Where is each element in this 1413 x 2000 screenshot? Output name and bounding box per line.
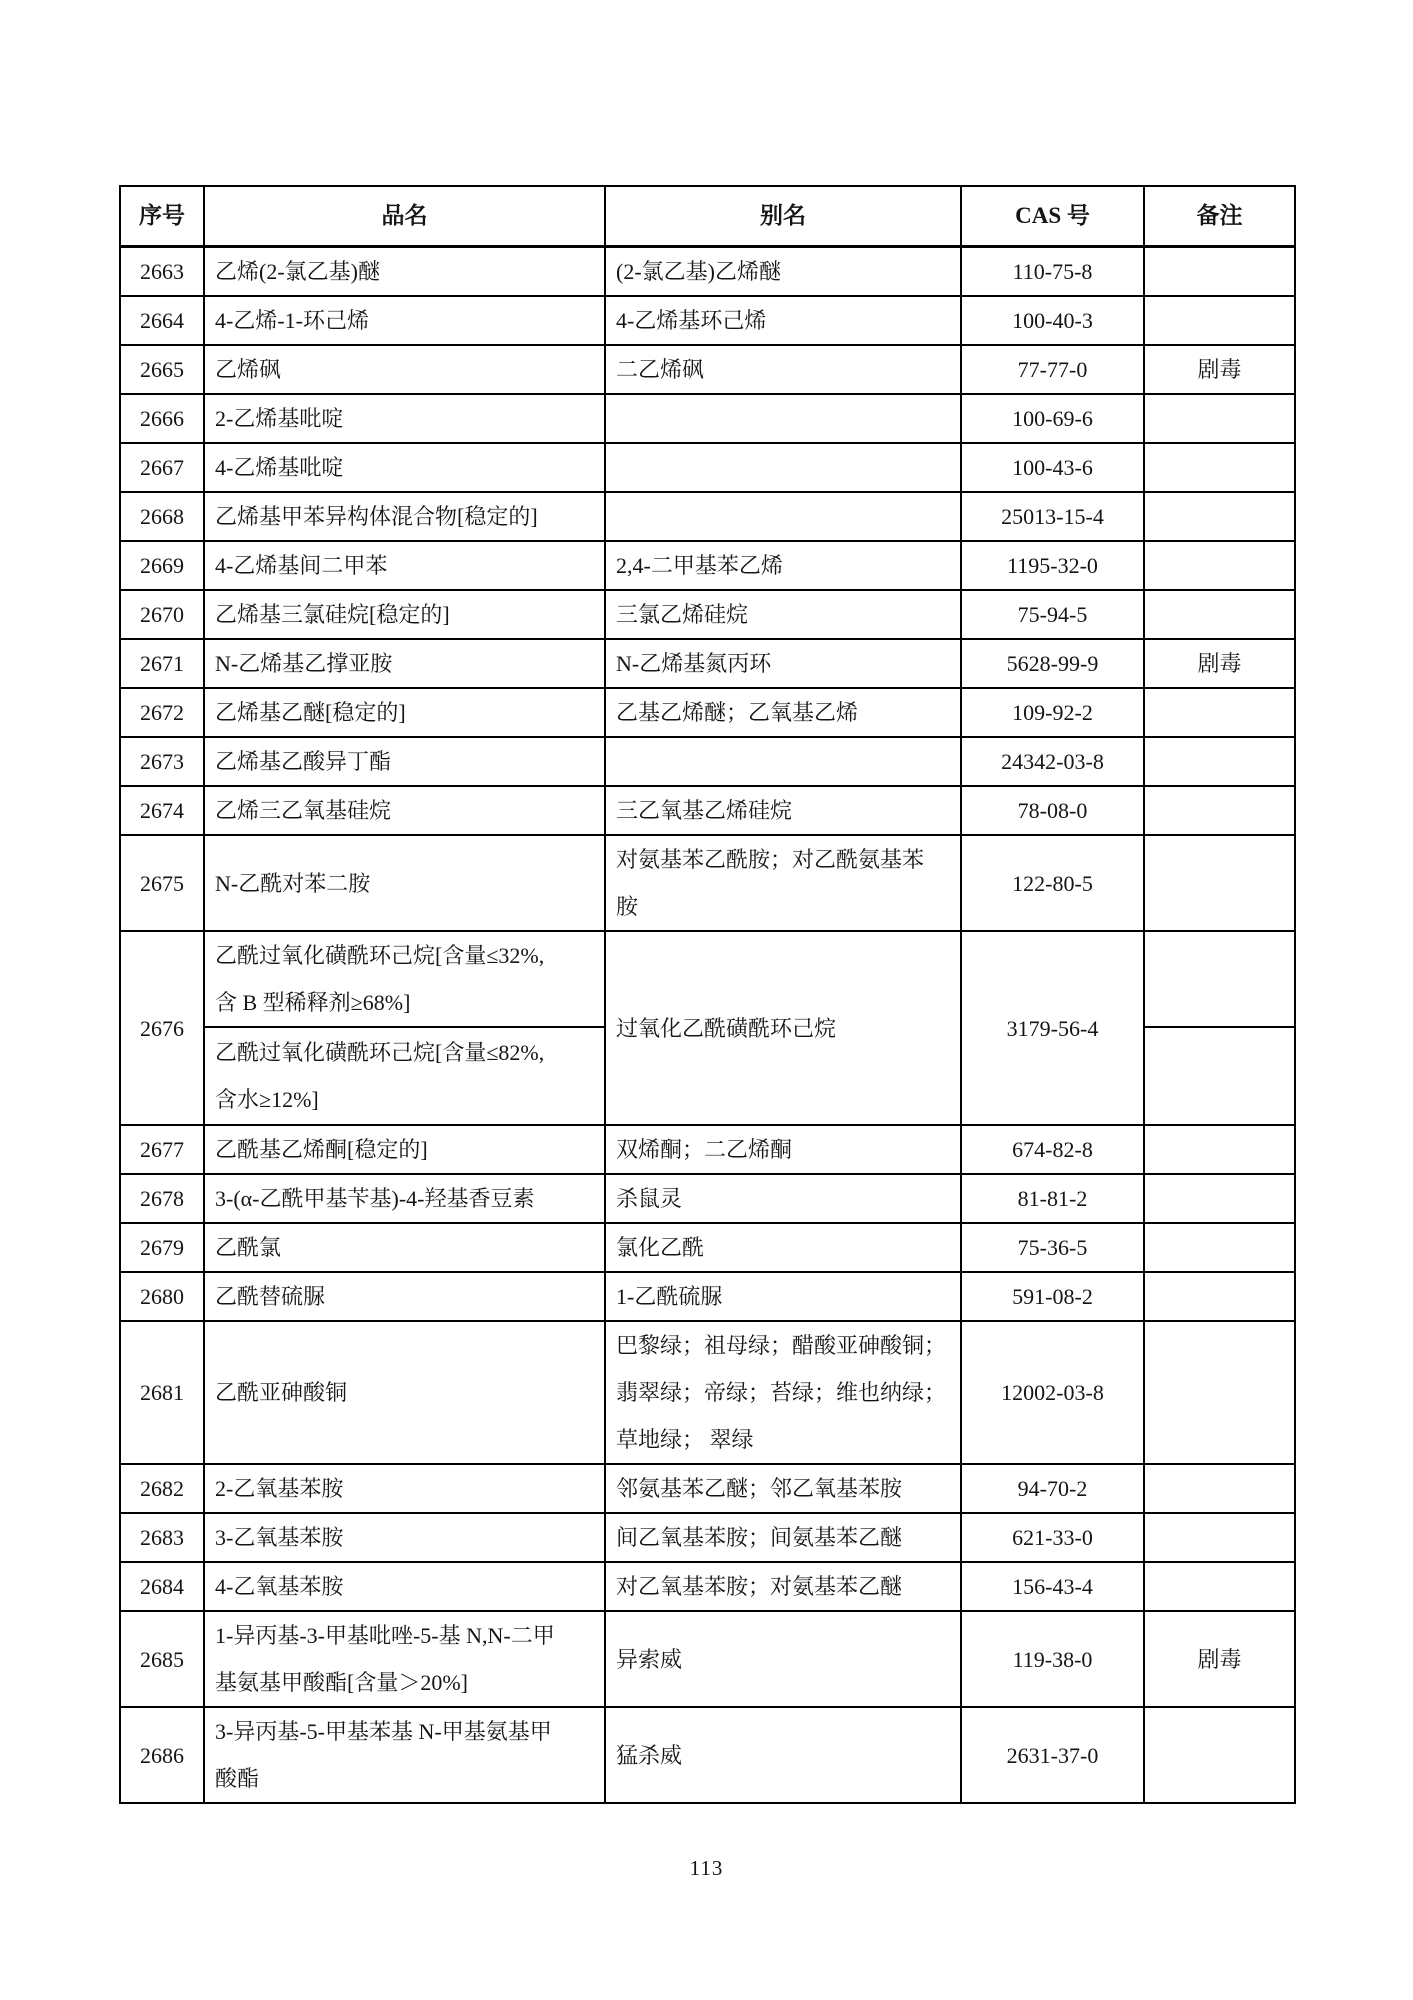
table-row: 26844-乙氧基苯胺对乙氧基苯胺；对氨基苯乙醚156-43-4	[120, 1562, 1295, 1611]
cell-alias: 氯化乙酰	[605, 1223, 961, 1272]
cell-cas-number: 156-43-4	[961, 1562, 1144, 1611]
cell-product-name-split: 乙酰过氧化磺酰环己烷[含量≤32%, 含 B 型稀释剂≥68%]乙酰过氧化磺酰环…	[204, 931, 605, 1125]
table-row: 2671N-乙烯基乙撑亚胺N-乙烯基氮丙环5628-99-9剧毒	[120, 639, 1295, 688]
cell-alias	[605, 394, 961, 443]
cell-product-name: 2-乙烯基吡啶	[204, 394, 605, 443]
table-row: 2672乙烯基乙醚[稳定的]乙基乙烯醚；乙氧基乙烯109-92-2	[120, 688, 1295, 737]
cell-alias	[605, 443, 961, 492]
cell-remark	[1144, 1464, 1295, 1513]
cell-index: 2673	[120, 737, 204, 786]
cell-cas-number: 119-38-0	[961, 1611, 1144, 1707]
cell-product-name: 乙烯基乙酸异丁酯	[204, 737, 605, 786]
table-row: 26822-乙氧基苯胺邻氨基苯乙醚；邻乙氧基苯胺94-70-2	[120, 1464, 1295, 1513]
cell-product-name: 乙酰基乙烯酮[稳定的]	[204, 1125, 605, 1174]
product-name-subentry: 乙酰过氧化磺酰环己烷[含量≤82%, 含水≥12%]	[205, 1028, 604, 1124]
header-alias: 别名	[605, 186, 961, 247]
cell-product-name: 乙烯(2-氯乙基)醚	[204, 247, 605, 297]
cell-product-name: 1-异丙基-3-甲基吡唑-5-基 N,N-二甲 基氨基甲酸酯[含量＞20%]	[204, 1611, 605, 1707]
cell-alias: 邻氨基苯乙醚；邻乙氧基苯胺	[605, 1464, 961, 1513]
cell-remark	[1144, 1272, 1295, 1321]
cell-cas-number: 674-82-8	[961, 1125, 1144, 1174]
cell-alias: 过氧化乙酰磺酰环己烷	[605, 931, 961, 1125]
cell-alias: 异索威	[605, 1611, 961, 1707]
cell-remark	[1144, 1321, 1295, 1464]
cell-remark	[1144, 688, 1295, 737]
table-row: 2663乙烯(2-氯乙基)醚(2-氯乙基)乙烯醚110-75-8	[120, 247, 1295, 297]
header-product-name: 品名	[204, 186, 605, 247]
cell-index: 2684	[120, 1562, 204, 1611]
cell-index: 2667	[120, 443, 204, 492]
cell-product-name: 乙烯砜	[204, 345, 605, 394]
cell-remark: 剧毒	[1144, 1611, 1295, 1707]
cell-index: 2666	[120, 394, 204, 443]
cell-remark	[1144, 1707, 1295, 1803]
cell-remark	[1144, 541, 1295, 590]
cell-product-name: 3-乙氧基苯胺	[204, 1513, 605, 1562]
cell-alias: 猛杀威	[605, 1707, 961, 1803]
table-row: 2676乙酰过氧化磺酰环己烷[含量≤32%, 含 B 型稀释剂≥68%]乙酰过氧…	[120, 931, 1295, 1125]
table-row: 26662-乙烯基吡啶100-69-6	[120, 394, 1295, 443]
cell-index: 2686	[120, 1707, 204, 1803]
cell-cas-number: 81-81-2	[961, 1174, 1144, 1223]
header-index: 序号	[120, 186, 204, 247]
cell-index: 2682	[120, 1464, 204, 1513]
cell-product-name: 4-乙烯-1-环己烯	[204, 296, 605, 345]
remark-subentry	[1145, 1028, 1294, 1124]
cell-cas-number: 3179-56-4	[961, 931, 1144, 1125]
cell-remark	[1144, 443, 1295, 492]
cell-index: 2670	[120, 590, 204, 639]
cell-remark-split	[1144, 931, 1295, 1125]
cell-index: 2665	[120, 345, 204, 394]
table-row: 2670乙烯基三氯硅烷[稳定的]三氯乙烯硅烷75-94-5	[120, 590, 1295, 639]
cell-index: 2677	[120, 1125, 204, 1174]
table-row: 26851-异丙基-3-甲基吡唑-5-基 N,N-二甲 基氨基甲酸酯[含量＞20…	[120, 1611, 1295, 1707]
cell-alias: 对乙氧基苯胺；对氨基苯乙醚	[605, 1562, 961, 1611]
cell-index: 2675	[120, 835, 204, 931]
table-row: 26644-乙烯-1-环己烯4-乙烯基环己烯100-40-3	[120, 296, 1295, 345]
cell-product-name: 乙酰替硫脲	[204, 1272, 605, 1321]
table-row: 26674-乙烯基吡啶100-43-6	[120, 443, 1295, 492]
cell-cas-number: 110-75-8	[961, 247, 1144, 297]
cell-index: 2681	[120, 1321, 204, 1464]
cell-cas-number: 75-94-5	[961, 590, 1144, 639]
cell-cas-number: 12002-03-8	[961, 1321, 1144, 1464]
cell-remark	[1144, 247, 1295, 297]
cell-cas-number: 24342-03-8	[961, 737, 1144, 786]
cell-cas-number: 2631-37-0	[961, 1707, 1144, 1803]
cell-product-name: N-乙烯基乙撑亚胺	[204, 639, 605, 688]
table-row: 26863-异丙基-5-甲基苯基 N-甲基氨基甲 酸酯猛杀威2631-37-0	[120, 1707, 1295, 1803]
cell-cas-number: 25013-15-4	[961, 492, 1144, 541]
cell-alias: 2,4-二甲基苯乙烯	[605, 541, 961, 590]
cell-remark	[1144, 786, 1295, 835]
cell-cas-number: 100-40-3	[961, 296, 1144, 345]
cell-remark	[1144, 1223, 1295, 1272]
cell-index: 2676	[120, 931, 204, 1125]
table-row: 2673乙烯基乙酸异丁酯24342-03-8	[120, 737, 1295, 786]
cell-index: 2674	[120, 786, 204, 835]
cell-remark	[1144, 1125, 1295, 1174]
table-row: 2665乙烯砜二乙烯砜77-77-0剧毒	[120, 345, 1295, 394]
cell-alias: (2-氯乙基)乙烯醚	[605, 247, 961, 297]
cell-product-name: 乙烯基甲苯异构体混合物[稳定的]	[204, 492, 605, 541]
cell-cas-number: 100-69-6	[961, 394, 1144, 443]
cell-cas-number: 94-70-2	[961, 1464, 1144, 1513]
cell-index: 2664	[120, 296, 204, 345]
table-row: 2680乙酰替硫脲1-乙酰硫脲591-08-2	[120, 1272, 1295, 1321]
cell-remark	[1144, 1174, 1295, 1223]
cell-alias: 间乙氧基苯胺；间氨基苯乙醚	[605, 1513, 961, 1562]
table-row: 2675N-乙酰对苯二胺对氨基苯乙酰胺；对乙酰氨基苯 胺122-80-5	[120, 835, 1295, 931]
header-remark: 备注	[1144, 186, 1295, 247]
cell-index: 2668	[120, 492, 204, 541]
table-row: 26833-乙氧基苯胺间乙氧基苯胺；间氨基苯乙醚621-33-0	[120, 1513, 1295, 1562]
cell-product-name: N-乙酰对苯二胺	[204, 835, 605, 931]
cell-cas-number: 100-43-6	[961, 443, 1144, 492]
cell-remark	[1144, 590, 1295, 639]
cell-index: 2679	[120, 1223, 204, 1272]
cell-remark: 剧毒	[1144, 639, 1295, 688]
cell-remark: 剧毒	[1144, 345, 1295, 394]
cell-remark	[1144, 394, 1295, 443]
cell-index: 2678	[120, 1174, 204, 1223]
cell-alias: 二乙烯砜	[605, 345, 961, 394]
cell-remark	[1144, 492, 1295, 541]
cell-cas-number: 122-80-5	[961, 835, 1144, 931]
cell-remark	[1144, 296, 1295, 345]
cell-alias: 双烯酮；二乙烯酮	[605, 1125, 961, 1174]
cell-alias: 巴黎绿；祖母绿；醋酸亚砷酸铜； 翡翠绿；帝绿；苔绿；维也纳绿； 草地绿； 翠绿	[605, 1321, 961, 1464]
header-cas-number: CAS 号	[961, 186, 1144, 247]
cell-product-name: 乙酰亚砷酸铜	[204, 1321, 605, 1464]
cell-index: 2685	[120, 1611, 204, 1707]
product-name-subentry: 乙酰过氧化磺酰环己烷[含量≤32%, 含 B 型稀释剂≥68%]	[205, 932, 604, 1028]
cell-cas-number: 1195-32-0	[961, 541, 1144, 590]
cell-product-name: 4-乙烯基间二甲苯	[204, 541, 605, 590]
cell-remark	[1144, 1562, 1295, 1611]
page-number: 113	[0, 1856, 1413, 1881]
cell-product-name: 乙烯基乙醚[稳定的]	[204, 688, 605, 737]
cell-index: 2669	[120, 541, 204, 590]
cell-product-name: 3-(α-乙酰甲基苄基)-4-羟基香豆素	[204, 1174, 605, 1223]
cell-alias: 4-乙烯基环己烯	[605, 296, 961, 345]
cell-alias: 1-乙酰硫脲	[605, 1272, 961, 1321]
document-page: 序号 品名 别名 CAS 号 备注 2663乙烯(2-氯乙基)醚(2-氯乙基)乙…	[0, 0, 1413, 2000]
chemicals-table: 序号 品名 别名 CAS 号 备注 2663乙烯(2-氯乙基)醚(2-氯乙基)乙…	[119, 185, 1296, 1804]
table-row: 2681乙酰亚砷酸铜巴黎绿；祖母绿；醋酸亚砷酸铜； 翡翠绿；帝绿；苔绿；维也纳绿…	[120, 1321, 1295, 1464]
cell-alias: 三氯乙烯硅烷	[605, 590, 961, 639]
cell-product-name: 乙酰氯	[204, 1223, 605, 1272]
cell-alias	[605, 737, 961, 786]
remark-subentry	[1145, 932, 1294, 1028]
cell-index: 2671	[120, 639, 204, 688]
cell-product-name: 2-乙氧基苯胺	[204, 1464, 605, 1513]
cell-alias: 杀鼠灵	[605, 1174, 961, 1223]
table-row: 2677乙酰基乙烯酮[稳定的]双烯酮；二乙烯酮674-82-8	[120, 1125, 1295, 1174]
cell-alias: 对氨基苯乙酰胺；对乙酰氨基苯 胺	[605, 835, 961, 931]
cell-index: 2663	[120, 247, 204, 297]
cell-cas-number: 5628-99-9	[961, 639, 1144, 688]
cell-cas-number: 591-08-2	[961, 1272, 1144, 1321]
cell-remark	[1144, 835, 1295, 931]
cell-product-name: 4-乙氧基苯胺	[204, 1562, 605, 1611]
table-row: 26694-乙烯基间二甲苯2,4-二甲基苯乙烯1195-32-0	[120, 541, 1295, 590]
table-row: 2679乙酰氯氯化乙酰75-36-5	[120, 1223, 1295, 1272]
cell-alias: 三乙氧基乙烯硅烷	[605, 786, 961, 835]
cell-index: 2680	[120, 1272, 204, 1321]
cell-cas-number: 75-36-5	[961, 1223, 1144, 1272]
table-row: 26783-(α-乙酰甲基苄基)-4-羟基香豆素杀鼠灵81-81-2	[120, 1174, 1295, 1223]
cell-remark	[1144, 1513, 1295, 1562]
cell-cas-number: 77-77-0	[961, 345, 1144, 394]
table-row: 2668乙烯基甲苯异构体混合物[稳定的]25013-15-4	[120, 492, 1295, 541]
cell-cas-number: 621-33-0	[961, 1513, 1144, 1562]
cell-cas-number: 78-08-0	[961, 786, 1144, 835]
cell-product-name: 3-异丙基-5-甲基苯基 N-甲基氨基甲 酸酯	[204, 1707, 605, 1803]
table-header-row: 序号 品名 别名 CAS 号 备注	[120, 186, 1295, 247]
cell-product-name: 4-乙烯基吡啶	[204, 443, 605, 492]
cell-alias: 乙基乙烯醚；乙氧基乙烯	[605, 688, 961, 737]
cell-product-name: 乙烯基三氯硅烷[稳定的]	[204, 590, 605, 639]
cell-product-name: 乙烯三乙氧基硅烷	[204, 786, 605, 835]
cell-remark	[1144, 737, 1295, 786]
cell-cas-number: 109-92-2	[961, 688, 1144, 737]
cell-alias: N-乙烯基氮丙环	[605, 639, 961, 688]
cell-index: 2672	[120, 688, 204, 737]
cell-alias	[605, 492, 961, 541]
cell-index: 2683	[120, 1513, 204, 1562]
table-row: 2674乙烯三乙氧基硅烷三乙氧基乙烯硅烷78-08-0	[120, 786, 1295, 835]
